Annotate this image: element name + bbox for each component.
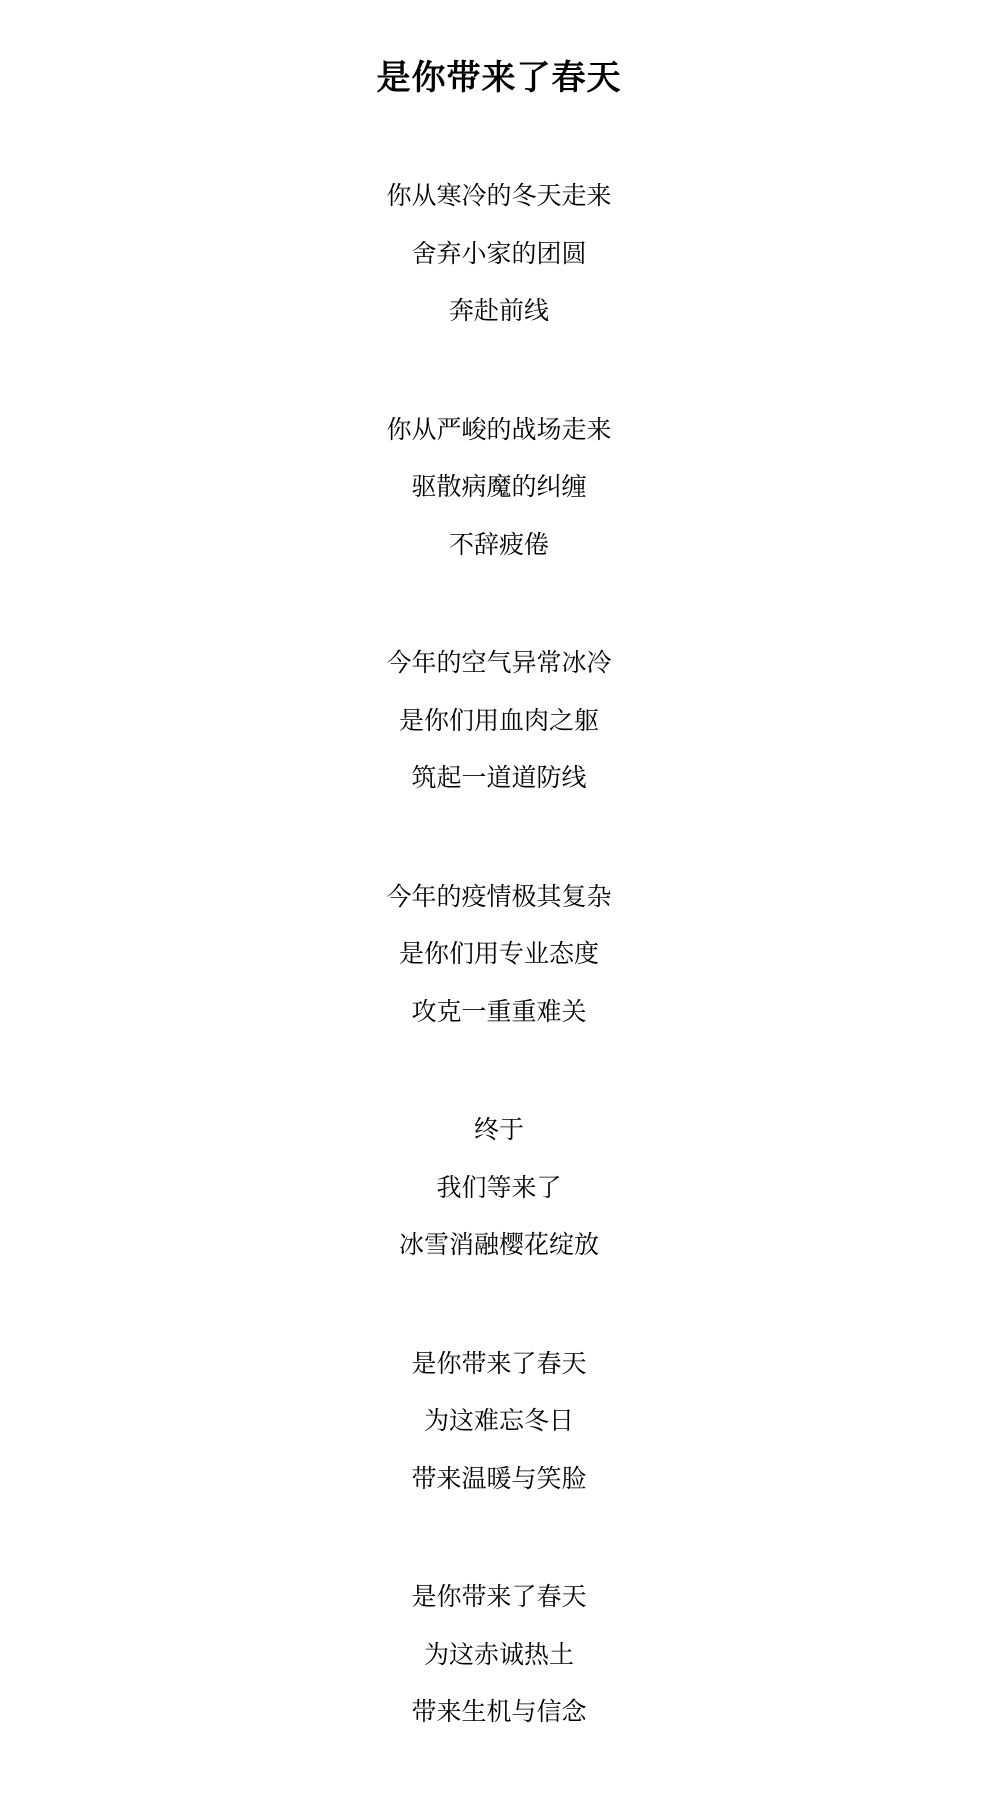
- poem-stanza: 你从严峻的战场走来驱散病魔的纠缠不辞疲倦: [0, 402, 998, 575]
- poem-line: 舍弃小家的团圆: [0, 226, 998, 284]
- poem-line: 攻克一重重难关: [0, 984, 998, 1042]
- poem-line: 带来生机与信念: [0, 1684, 998, 1742]
- poem-line: 冰雪消融樱花绽放: [0, 1217, 998, 1275]
- poem-line: 筑起一道道防线: [0, 750, 998, 808]
- poem-line: 驱散病魔的纠缠: [0, 459, 998, 517]
- poem-line: 不辞疲倦: [0, 517, 998, 575]
- poem-stanza: 你从寒冷的冬天走来舍弃小家的团圆奔赴前线: [0, 168, 998, 341]
- poem-line: 奔赴前线: [0, 283, 998, 341]
- poem-line: 我们等来了: [0, 1160, 998, 1218]
- poem-stanza: 终于我们等来了冰雪消融樱花绽放: [0, 1102, 998, 1275]
- poem-line: 是你们用专业态度: [0, 926, 998, 984]
- poem-body: 你从寒冷的冬天走来舍弃小家的团圆奔赴前线你从严峻的战场走来驱散病魔的纠缠不辞疲倦…: [0, 168, 998, 1742]
- poem-stanza: 今年的疫情极其复杂是你们用专业态度攻克一重重难关: [0, 869, 998, 1042]
- poem-line: 今年的空气异常冰冷: [0, 635, 998, 693]
- poem-line: 今年的疫情极其复杂: [0, 869, 998, 927]
- poem-title: 是你带来了春天: [0, 58, 998, 98]
- poem-line: 带来温暖与笑脸: [0, 1451, 998, 1509]
- poem-stanza: 是你带来了春天为这赤诚热土带来生机与信念: [0, 1569, 998, 1742]
- poem-stanza: 今年的空气异常冰冷是你们用血肉之躯筑起一道道防线: [0, 635, 998, 808]
- poem-stanza: 是你带来了春天为这难忘冬日带来温暖与笑脸: [0, 1336, 998, 1509]
- poem-line: 你从严峻的战场走来: [0, 402, 998, 460]
- poem-line: 为这难忘冬日: [0, 1393, 998, 1451]
- poem-line: 是你们用血肉之躯: [0, 693, 998, 751]
- poem-line: 是你带来了春天: [0, 1569, 998, 1627]
- poem-line: 终于: [0, 1102, 998, 1160]
- poem-line: 你从寒冷的冬天走来: [0, 168, 998, 226]
- poem-line: 是你带来了春天: [0, 1336, 998, 1394]
- poem-line: 为这赤诚热土: [0, 1627, 998, 1685]
- document-page: 是你带来了春天 你从寒冷的冬天走来舍弃小家的团圆奔赴前线你从严峻的战场走来驱散病…: [0, 0, 998, 1810]
